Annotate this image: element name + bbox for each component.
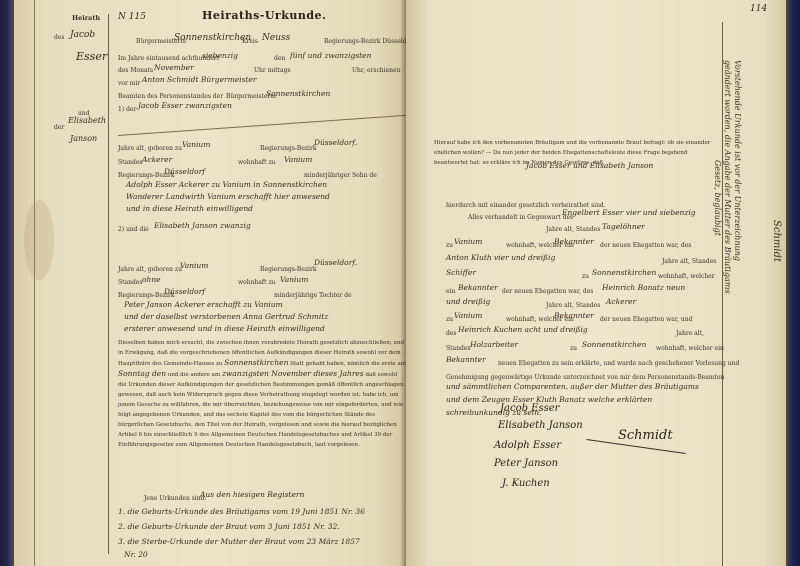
- margin-der-label: der: [54, 124, 64, 131]
- book-spine-right: [786, 0, 800, 566]
- paragraph-text: Statt gehabt haben, nämlich die erste am: [290, 361, 406, 367]
- handwritten-text: und sämmtlichen Comparenten, außer der M…: [446, 382, 699, 391]
- margin-bride-surname: Janson: [70, 134, 97, 143]
- margin-note: geändert worden, die Angabe der Mutter d…: [723, 60, 732, 294]
- page-number: 114: [750, 4, 767, 14]
- handwritten-text: Vanium: [182, 140, 210, 149]
- official-signature: Schmidt: [618, 428, 673, 443]
- printed-text: wohnhaft zu: [238, 159, 275, 166]
- handwritten-witness: Heinrich Banatz neun: [602, 283, 685, 292]
- handwritten-month: November: [154, 63, 194, 72]
- handwritten-text: Adolph Esser Ackerer zu Vanium in Sonnen…: [126, 180, 327, 189]
- signature: Adolph Esser: [494, 440, 561, 451]
- printed-text: Jahre alt, Standes: [546, 302, 600, 309]
- paper-stain: [24, 200, 54, 280]
- printed-text: zu: [582, 273, 589, 280]
- page-edge-line: [34, 0, 35, 566]
- margin-note: Vorstehende Urkunde ist vor der Unterzei…: [733, 60, 742, 261]
- signature: Peter Janson: [494, 458, 558, 469]
- book-spine-left: [0, 0, 14, 566]
- document-list-item: Nr. 20: [124, 550, 148, 559]
- printed-text: der neuen Ehegatten war, des: [600, 242, 691, 249]
- printed-text: 1) der: [118, 106, 136, 113]
- printed-text: des: [446, 330, 456, 337]
- handwritten-text: Schiffer: [446, 268, 476, 277]
- printed-text: zu: [446, 242, 453, 249]
- signature: Elisabeth Janson: [498, 420, 583, 431]
- margin-groom-given: Jacob: [70, 30, 95, 40]
- printed-text: wohnhaft zu: [238, 279, 275, 286]
- handwritten-text: Sonntag den: [118, 369, 166, 378]
- printed-text: Jahre alt, Standes: [546, 226, 600, 233]
- printed-text: des Monats: [118, 67, 153, 74]
- handwritten-text: Tagelöhner: [602, 222, 645, 231]
- handwritten-text: Sonnenstkirchen: [592, 268, 656, 277]
- printed-text: ein: [446, 288, 455, 295]
- printed-text: Standes: [118, 279, 142, 286]
- handwritten-text: und in diese Heirath einwilligend: [126, 204, 253, 213]
- margin-rule: [108, 14, 109, 554]
- signature: Jacob Esser: [500, 403, 559, 414]
- handwritten-text: Ackerer: [606, 297, 636, 306]
- printed-text: neuen Ehegatten zu sein erklärte, und wu…: [498, 360, 739, 367]
- handwritten-text: Vanium: [284, 155, 312, 164]
- signature: J. Kuchen: [502, 478, 550, 489]
- margin-heirath-label: Heirath: [72, 14, 100, 22]
- handwritten-day: fünf und zwanzigsten: [290, 51, 371, 60]
- printed-text: Jahre alt, Standes: [662, 258, 716, 265]
- handwritten-text: Bekannter: [458, 283, 498, 292]
- printed-text: Regierungs-Bezirk: [260, 266, 316, 273]
- margin-note: Gesetz, beglaubigt: [713, 160, 722, 236]
- printed-text: Genehmigung gegenwärtige Urkunde unterze…: [446, 374, 724, 381]
- handwritten-bride: Elisabeth Janson zwanzig: [154, 221, 251, 230]
- printed-text: Jahre alt, geboren zu: [118, 145, 182, 152]
- handwritten-text: Vanium: [454, 237, 482, 246]
- page-title: Heiraths-Urkunde.: [202, 9, 326, 22]
- handwritten-text: Sonnenstkirchen: [582, 340, 646, 349]
- printed-text: zu: [570, 345, 577, 352]
- handwritten-official: Anton Schmidt Bürgermeister: [142, 75, 256, 84]
- strike-line: [118, 115, 407, 136]
- right-page: 114 Hierauf habe ich den vorbenannten Br…: [406, 0, 786, 566]
- printed-text: Jahre alt,: [676, 330, 704, 337]
- handwritten-text: Holzarbeiter: [470, 340, 518, 349]
- handwritten-year: siebenzig: [202, 51, 238, 60]
- printed-text: Beamten des Personenstandes der: [118, 93, 223, 100]
- handwritten-couple-names: Jacob Esser und Elisabeth Janson: [526, 161, 653, 170]
- printed-text: wohnhaft, welcher ein: [656, 345, 724, 352]
- handwritten-text: Vanium: [454, 311, 482, 320]
- handwritten-witness: Heinrich Kuchen acht und dreißig: [458, 325, 588, 334]
- document-list-item: 3. die Sterbe-Urkunde der Mutter der Bra…: [118, 537, 360, 546]
- handwritten-text: Sonnenstkirchen: [224, 358, 288, 367]
- handwritten-text: Bekannter: [554, 311, 594, 320]
- handwritten-text: Bekannter: [446, 355, 486, 364]
- left-page: Heirath des Jacob Esser und der Elisabet…: [14, 0, 406, 566]
- printed-text: zu: [446, 316, 453, 323]
- printed-text: der neuen Ehegatten war, des: [502, 288, 593, 295]
- kreis-label: Kreis: [242, 38, 258, 45]
- margin-groom-surname: Esser: [76, 50, 107, 63]
- margin-signature: Schmidt: [771, 220, 782, 262]
- printed-text: wohnhaft, welcher: [658, 273, 715, 280]
- handwritten-text: ohne: [142, 275, 161, 284]
- handwritten-text: und dreißig: [446, 297, 490, 306]
- handwritten-text: Vanium: [180, 261, 208, 270]
- document-list-item: 2. die Geburts-Urkunde der Braut vom 3 J…: [118, 522, 340, 531]
- handwritten-text: Wanderer Landwirth Vanium erschafft hier…: [126, 192, 330, 201]
- printed-text: minderjähriger Sohn de: [304, 172, 377, 179]
- handwritten-text: Ackerer: [142, 155, 172, 164]
- paragraph-text: und die andere am: [168, 372, 220, 378]
- printed-text: Standes: [446, 345, 470, 352]
- urkunden-label: Jene Urkunden sind:: [144, 495, 206, 502]
- printed-text: 2) und die: [118, 226, 149, 233]
- margin-bride-given: Elisabeth: [68, 116, 106, 125]
- legal-paragraph: Dieselben haben mich ersucht, die zwisch…: [118, 338, 406, 450]
- printed-text: Jahre alt, geboren zu: [118, 266, 182, 273]
- handwritten-text: Düsseldorf.: [314, 138, 357, 147]
- handwritten-witness: Engelbert Esser vier und siebenzig: [562, 208, 696, 217]
- handwritten-text: Vanium: [280, 275, 308, 284]
- printed-text: Alles verhandelt in Gegenwart des: [468, 214, 573, 221]
- handwritten-text: und der daselbst verstorbenen Anna Gertr…: [124, 312, 328, 321]
- printed-text: Standes: [118, 159, 142, 166]
- handwritten-text: Bekannter: [554, 237, 594, 246]
- printed-text: den: [274, 55, 285, 62]
- printed-text: vor mir: [118, 80, 140, 87]
- handwritten-place: Sonnenstkirchen: [266, 89, 330, 98]
- handwritten-groom: Jacob Esser zwanzigsten: [138, 101, 232, 110]
- handwritten-witness: Anton Kluth vier und dreißig: [446, 253, 555, 262]
- document-list-item: 1. die Geburts-Urkunde des Bräutigams vo…: [118, 507, 365, 516]
- handwritten-text: zwanzigsten November dieses Jahres: [222, 369, 364, 378]
- buergermeisterei-value: Sonnenstkirchen: [174, 33, 251, 43]
- printed-text: der neuen Ehegatten war, und: [600, 316, 692, 323]
- handwritten-text: Düsseldorf: [164, 167, 205, 176]
- printed-text: minderjährige Tochter de: [274, 292, 352, 299]
- handwritten-text: Aus den hiesigen Registern: [200, 490, 304, 499]
- printed-text: Uhr mittags: [254, 67, 291, 74]
- paragraph-text: daß sowohl die Urkunden dieser Aufkündig…: [118, 372, 404, 448]
- printed-text: Regierungs-Bezirk: [260, 145, 316, 152]
- handwritten-text: Peter Janson Ackerer erschafft zu Vanium: [124, 300, 283, 309]
- record-number: N 115: [118, 12, 146, 22]
- printed-text: Uhr, erschienen: [352, 67, 400, 74]
- handwritten-text: ersterer anwesend und in diese Heirath e…: [124, 324, 325, 333]
- handwritten-text: Düsseldorf.: [314, 258, 357, 267]
- kreis-value: Neuss: [262, 33, 290, 43]
- margin-des-label: des: [54, 34, 64, 41]
- handwritten-text: Düsseldorf: [164, 287, 205, 296]
